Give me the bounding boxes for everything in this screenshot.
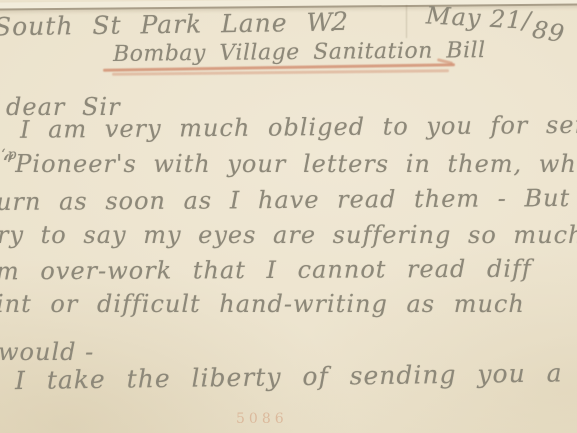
date-month-day: May 21/ (425, 1, 532, 34)
catalog-number: 5086 (236, 411, 288, 427)
body-line-5: m over-work that I cannot read diff (0, 255, 532, 286)
body-line-1: I am very much obliged to you for sendin… (20, 110, 577, 143)
paper-crease (406, 5, 407, 38)
body-line-8: I take the liberty of sending you a c (15, 358, 577, 395)
body-line-3: urn as soon as I have read them - But (0, 184, 570, 216)
address-line: South St Park Lane W. (0, 8, 338, 42)
subject-line: Bombay Village Sanitation Bill (113, 38, 486, 67)
body-line-7: would - (0, 338, 94, 366)
body-line-4: ry to say my eyes are suffering so much (0, 221, 577, 249)
body-line-6: int or difficult hand-writing as much (0, 290, 525, 318)
date-year: 89 (530, 15, 567, 48)
letter-page: South St Park Lane W. 2 May 21/89 Bombay… (0, 0, 577, 433)
date-line: May 21/89 (425, 1, 565, 36)
page-number: 2 (332, 7, 349, 36)
body-line-2: “Pioneer's with your letters in them, wh… (2, 150, 577, 178)
